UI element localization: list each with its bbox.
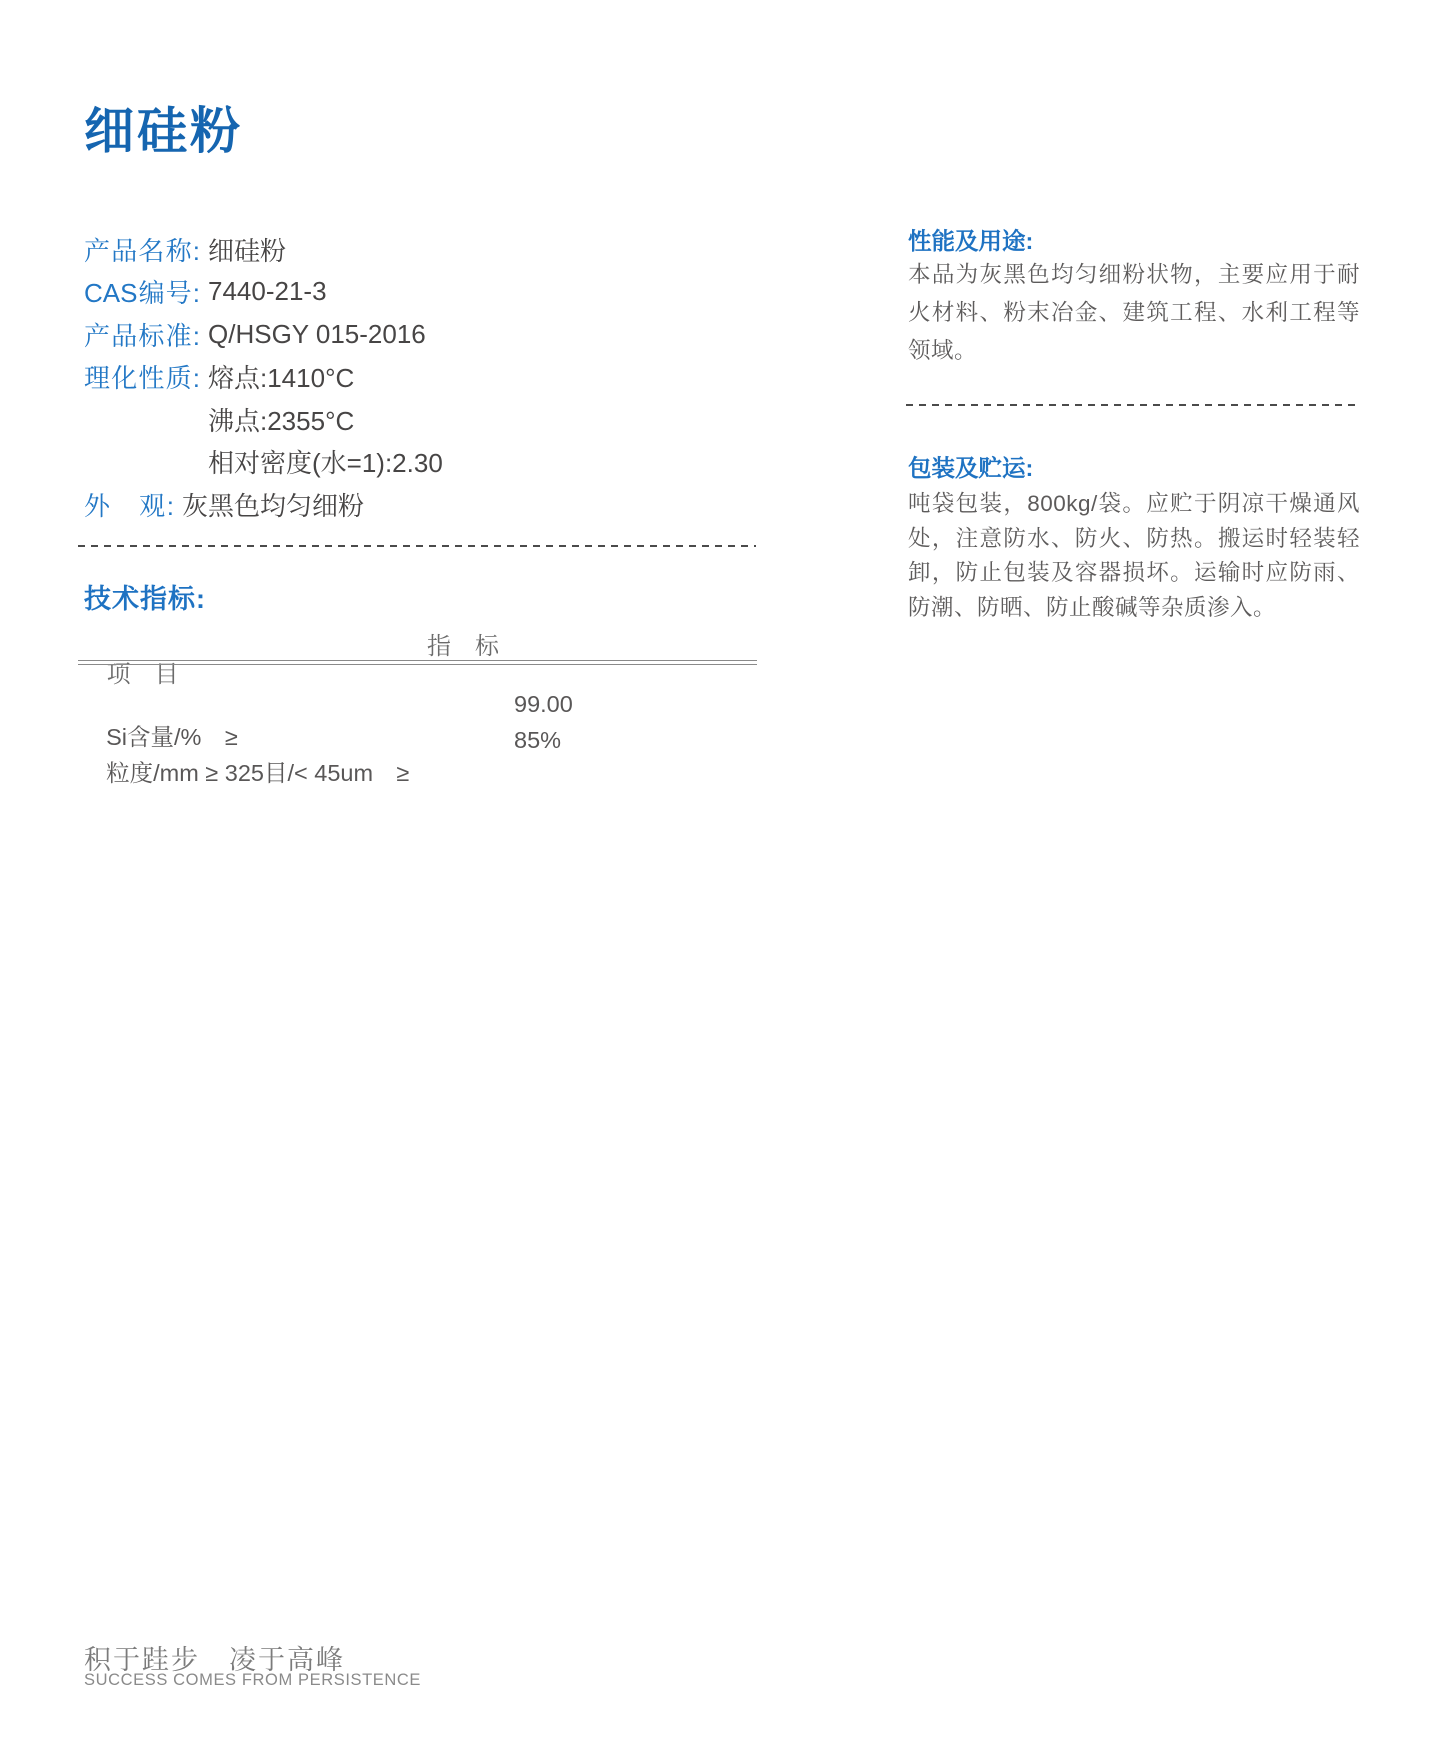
performance-heading: 性能及用途: — [908, 222, 1360, 256]
info-row-appearance: 外 观: 灰黑色均匀细粉 — [84, 483, 764, 526]
footer-slogan-en: SUCCESS COMES FROM PERSISTENCE — [84, 1671, 421, 1690]
info-value: Q/HSGY 015-2016 — [208, 319, 426, 350]
performance-body: 本品为灰黑色均匀细粉状物，主要应用于耐火材料、粉末冶金、建筑工程、水利工程等领域… — [908, 256, 1360, 370]
info-label: 外 观: — [84, 486, 174, 523]
product-spec-page: 细硅粉 产品名称: 细硅粉 CAS编号: 7440-21-3 产品标准: Q/H… — [0, 0, 1429, 1754]
info-row-physical-boiling: 沸点:2355°C — [84, 398, 764, 441]
spec-table-double-rule — [78, 660, 757, 665]
info-value: 7440-21-3 — [208, 276, 327, 307]
info-label: 产品标准: — [84, 316, 200, 353]
info-row-cas-number: CAS编号: 7440-21-3 — [84, 271, 764, 314]
spec-table-item-header: 项 目 — [107, 661, 179, 688]
info-row-product-standard: 产品标准: Q/HSGY 015-2016 — [84, 313, 764, 356]
info-row-product-name: 产品名称: 细硅粉 — [84, 228, 764, 271]
spec-value: 85% — [514, 727, 561, 754]
info-value: 灰黑色均匀细粉 — [182, 486, 364, 523]
info-value: 相对密度(水=1):2.30 — [208, 443, 443, 480]
info-label: CAS编号: — [84, 273, 200, 310]
spec-value: 99.00 — [514, 691, 573, 718]
spec-table-row-particle-size: 粒度/mm ≥ 325目/< 45um ≥ 85% — [80, 727, 758, 842]
info-label: 产品名称: — [84, 231, 200, 268]
info-value: 沸点:2355°C — [208, 401, 354, 438]
spec-table-value-header: 指 标 — [427, 626, 499, 661]
divider-dashed-right — [906, 404, 1358, 406]
tech-specs-heading: 技术指标: — [84, 577, 206, 616]
product-info-section: 产品名称: 细硅粉 CAS编号: 7440-21-3 产品标准: Q/HSGY … — [84, 228, 764, 526]
packaging-body: 吨袋包装，800kg/袋。应贮于阴凉干燥通风处，注意防水、防火、防热。搬运时轻装… — [908, 487, 1360, 625]
spec-item: 粒度/mm ≥ 325目/< 45um ≥ — [106, 760, 409, 786]
info-row-physical-melting: 理化性质: 熔点:1410°C — [84, 356, 764, 399]
page-title: 细硅粉 — [84, 106, 243, 156]
info-row-physical-density: 相对密度(水=1):2.30 — [84, 441, 764, 484]
packaging-heading: 包装及贮运: — [908, 449, 1360, 483]
info-value: 细硅粉 — [208, 231, 286, 268]
divider-dashed-left — [78, 545, 756, 547]
info-label: 理化性质: — [84, 358, 200, 395]
info-value: 熔点:1410°C — [208, 358, 354, 395]
